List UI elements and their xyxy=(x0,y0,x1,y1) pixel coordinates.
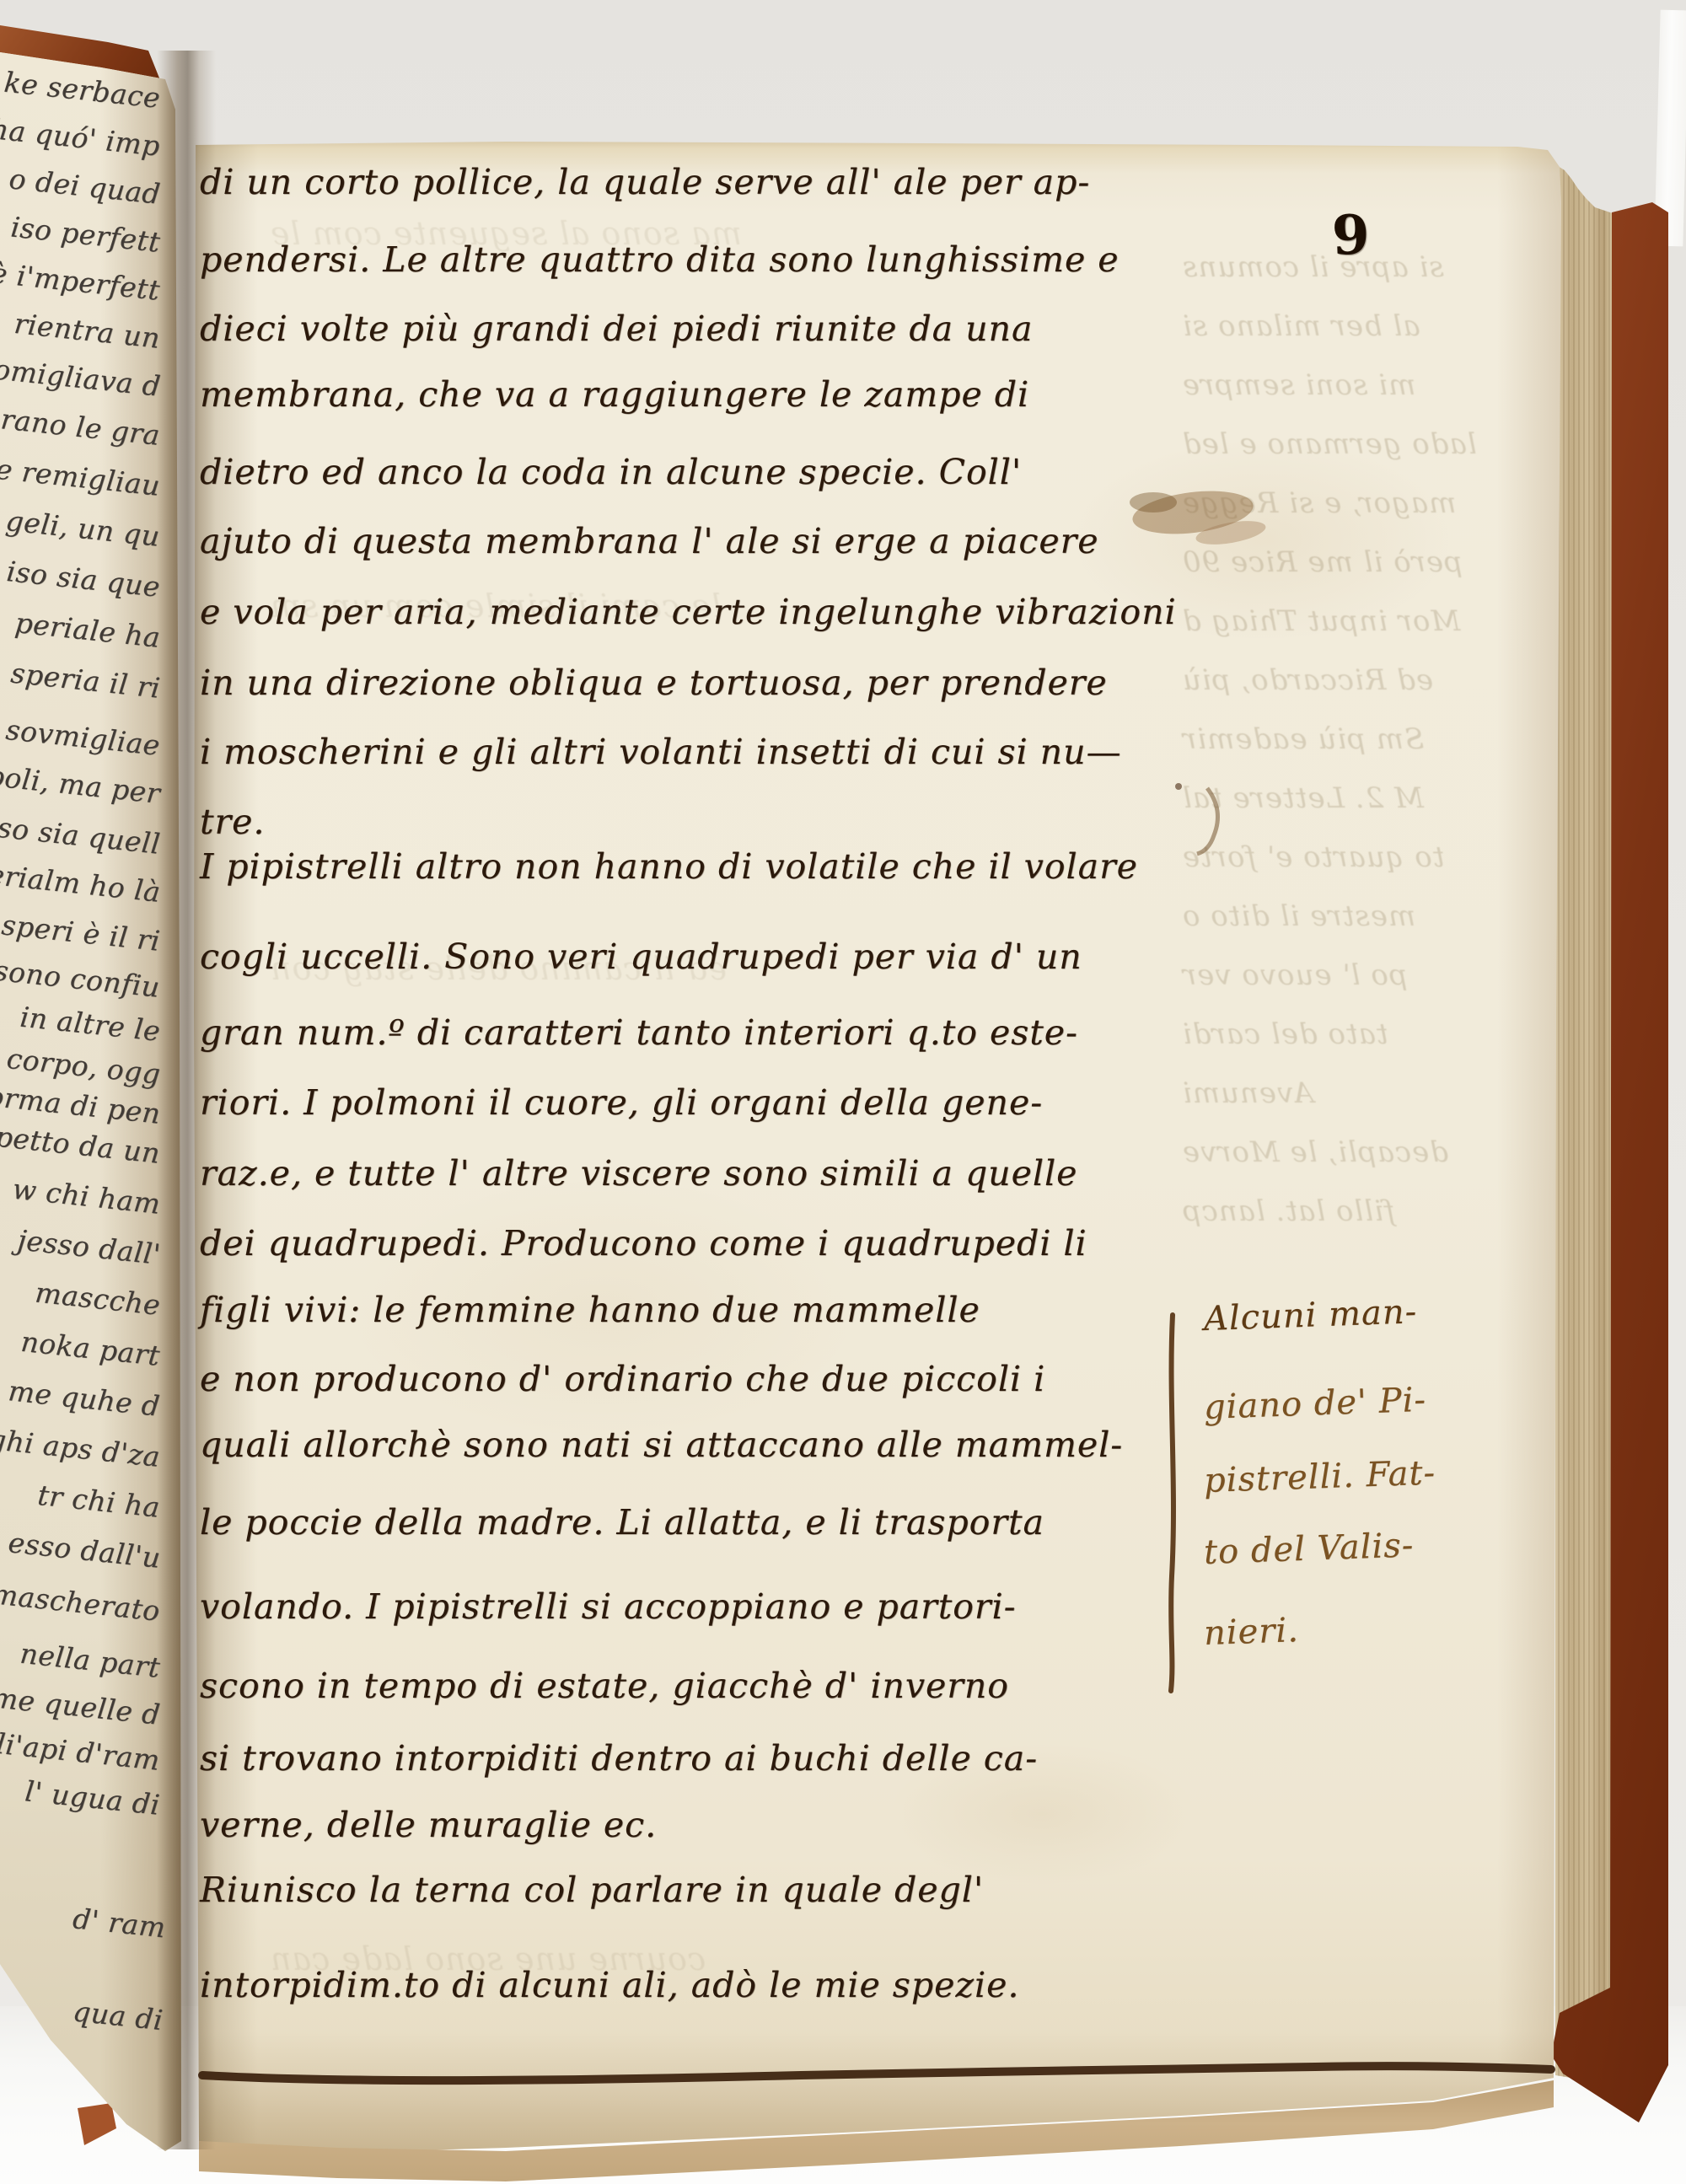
handwriting-fragment: è i'mperfett xyxy=(0,259,162,304)
handwriting-fragment: d' ram xyxy=(72,1904,162,1941)
handwriting-fragment: il corpo, ogg xyxy=(0,1041,162,1087)
handwriting-fragment: esso dall'u xyxy=(7,1528,162,1572)
handwriting-fragment: speria il ri xyxy=(9,658,161,701)
handwriting-fragment: rientra un xyxy=(13,309,161,352)
handwriting-fragment: l sovmigliae xyxy=(0,714,162,759)
handwriting-fragment: iso sia que xyxy=(5,557,161,601)
handwriting-line: scono in tempo di estate, giacchè d' inv… xyxy=(200,1669,1009,1704)
margin-note-line: pistrelli. Fat- xyxy=(1203,1456,1436,1498)
handwriting-line: gran num.º di caratteri tanto interiori … xyxy=(200,1016,1078,1050)
handwriting-fragment: l' ugua di xyxy=(24,1777,162,1819)
handwriting-line: di un corto pollice, la quale serve all'… xyxy=(200,165,1090,200)
handwriting-fragment: me quhe d xyxy=(8,1376,162,1420)
handwriting-fragment: tr chi ha xyxy=(36,1481,161,1521)
handwriting-fragment: w chi ham xyxy=(11,1175,162,1218)
margin-note-line: Alcuni man- xyxy=(1203,1295,1417,1336)
handwriting-fragment: speri è il ri xyxy=(0,910,161,955)
handwriting-fragment: jesso dall' xyxy=(16,1226,162,1269)
handwriting-fragment: gli'api d'ram xyxy=(0,1727,162,1773)
handwriting-fragment: ke serbace xyxy=(3,68,162,112)
handwriting-line: dietro ed anco la coda in alcune specie.… xyxy=(200,455,1022,490)
handwriting-fragment: me quelle d xyxy=(0,1683,162,1729)
handwriting-line: cogli uccelli. Sono veri quadrupedi per … xyxy=(200,940,1082,974)
margin-note-line: nieri. xyxy=(1203,1613,1299,1650)
handwriting-line: membrana, che va a raggiungere le zampe … xyxy=(200,378,1029,412)
handwriting-fragment: ghi aps d'za xyxy=(0,1425,162,1471)
handwriting-fragment: somigliava d xyxy=(0,353,162,400)
handwriting-fragment: periale ha xyxy=(13,609,162,652)
handwriting-line: in una direzione obliqua e tortuosa, per… xyxy=(200,666,1108,700)
book-fore-edge-pages xyxy=(1553,160,1617,2090)
handwriting-fragment: sono confiu xyxy=(0,956,162,1001)
handwriting-line: e vola per aria, mediante certe ingelung… xyxy=(200,595,1177,630)
handwriting-line: quali allorchè sono nati si attaccano al… xyxy=(200,1428,1123,1462)
handwriting-line: Riunisco la terna col parlare in quale d… xyxy=(200,1873,984,1908)
handwriting-line: i moscherini e gli altri volanti insetti… xyxy=(200,735,1121,770)
handwriting-fragment: nella part xyxy=(19,1639,161,1682)
handwriting-fragment: iso sia quell xyxy=(0,813,162,858)
handwriting-line: le poccie della madre. Li allatta, e li … xyxy=(200,1505,1044,1540)
handwriting-line: verne, delle muraglie ec. xyxy=(200,1808,657,1843)
handwriting-line: tre. xyxy=(200,805,265,840)
handwriting-fragment: ha quó' imp xyxy=(0,115,162,160)
margin-note: Alcuni man-giano de' Pi-pistrelli. Fat-t… xyxy=(1204,0,1490,2184)
handwriting-fragment: rano le gra xyxy=(0,405,162,449)
handwriting-line: dieci volte più grandi dei piedi riunite… xyxy=(200,312,1033,346)
handwriting-fragment: poli, ma per xyxy=(0,761,162,807)
page-number: 9 xyxy=(1331,208,1371,264)
handwriting-fragment: noka part xyxy=(20,1328,162,1370)
handwriting-line: raz.e, e tutte l' altre viscere sono sim… xyxy=(200,1156,1077,1191)
handwriting-fragment: e remigliau xyxy=(0,455,162,500)
handwriting-line: riori. I polmoni il cuore, gli organi de… xyxy=(200,1086,1043,1120)
handwriting-fragment: geli, un qu xyxy=(5,507,162,550)
handwriting-fragment: mascherato xyxy=(0,1580,162,1625)
facing-page-text: ke serbaceha quó' impo dei quadiso perfe… xyxy=(0,0,165,2184)
handwriting-line: ajuto di questa membrana l' ale si erge … xyxy=(200,524,1098,559)
handwriting-fragment: in altre le xyxy=(19,1003,162,1045)
handwriting-fragment: petto da un xyxy=(0,1123,162,1167)
handwriting-fragment: perialm ho là xyxy=(0,858,162,906)
handwriting-line: figli vivi: le femmine hanno due mammell… xyxy=(200,1293,980,1328)
margin-note-line: to del Valis- xyxy=(1203,1528,1415,1570)
handwriting-line: intorpidim.to di alcuni ali, adò le mie … xyxy=(200,1968,1019,2003)
margin-note-line: giano de' Pi- xyxy=(1203,1383,1426,1425)
handwriting-line: I pipistrelli altro non hanno di volatil… xyxy=(200,850,1138,884)
handwriting-fragment: mascche xyxy=(34,1278,162,1318)
handwriting-fragment: o dei quad xyxy=(8,164,162,208)
handwriting-line: e non producono d' ordinario che due pic… xyxy=(200,1362,1045,1397)
handwriting-fragment: iso perfett xyxy=(9,212,162,255)
handwriting-fragment: qua di xyxy=(72,1997,162,2034)
manuscript-text: di un corto pollice, la quale serve all'… xyxy=(200,0,1161,2184)
handwriting-line: volando. I pipistrelli si accoppiano e p… xyxy=(200,1590,1017,1624)
manuscript-photo: ma sono al seguente com lele cami il sim… xyxy=(0,0,1686,2184)
handwriting-line: si trovano intorpiditi dentro ai buchi d… xyxy=(200,1741,1038,1776)
handwriting-line: dei quadrupedi. Producono come i quadrup… xyxy=(200,1226,1087,1261)
handwriting-line: pendersi. Le altre quattro dita sono lun… xyxy=(200,243,1120,277)
